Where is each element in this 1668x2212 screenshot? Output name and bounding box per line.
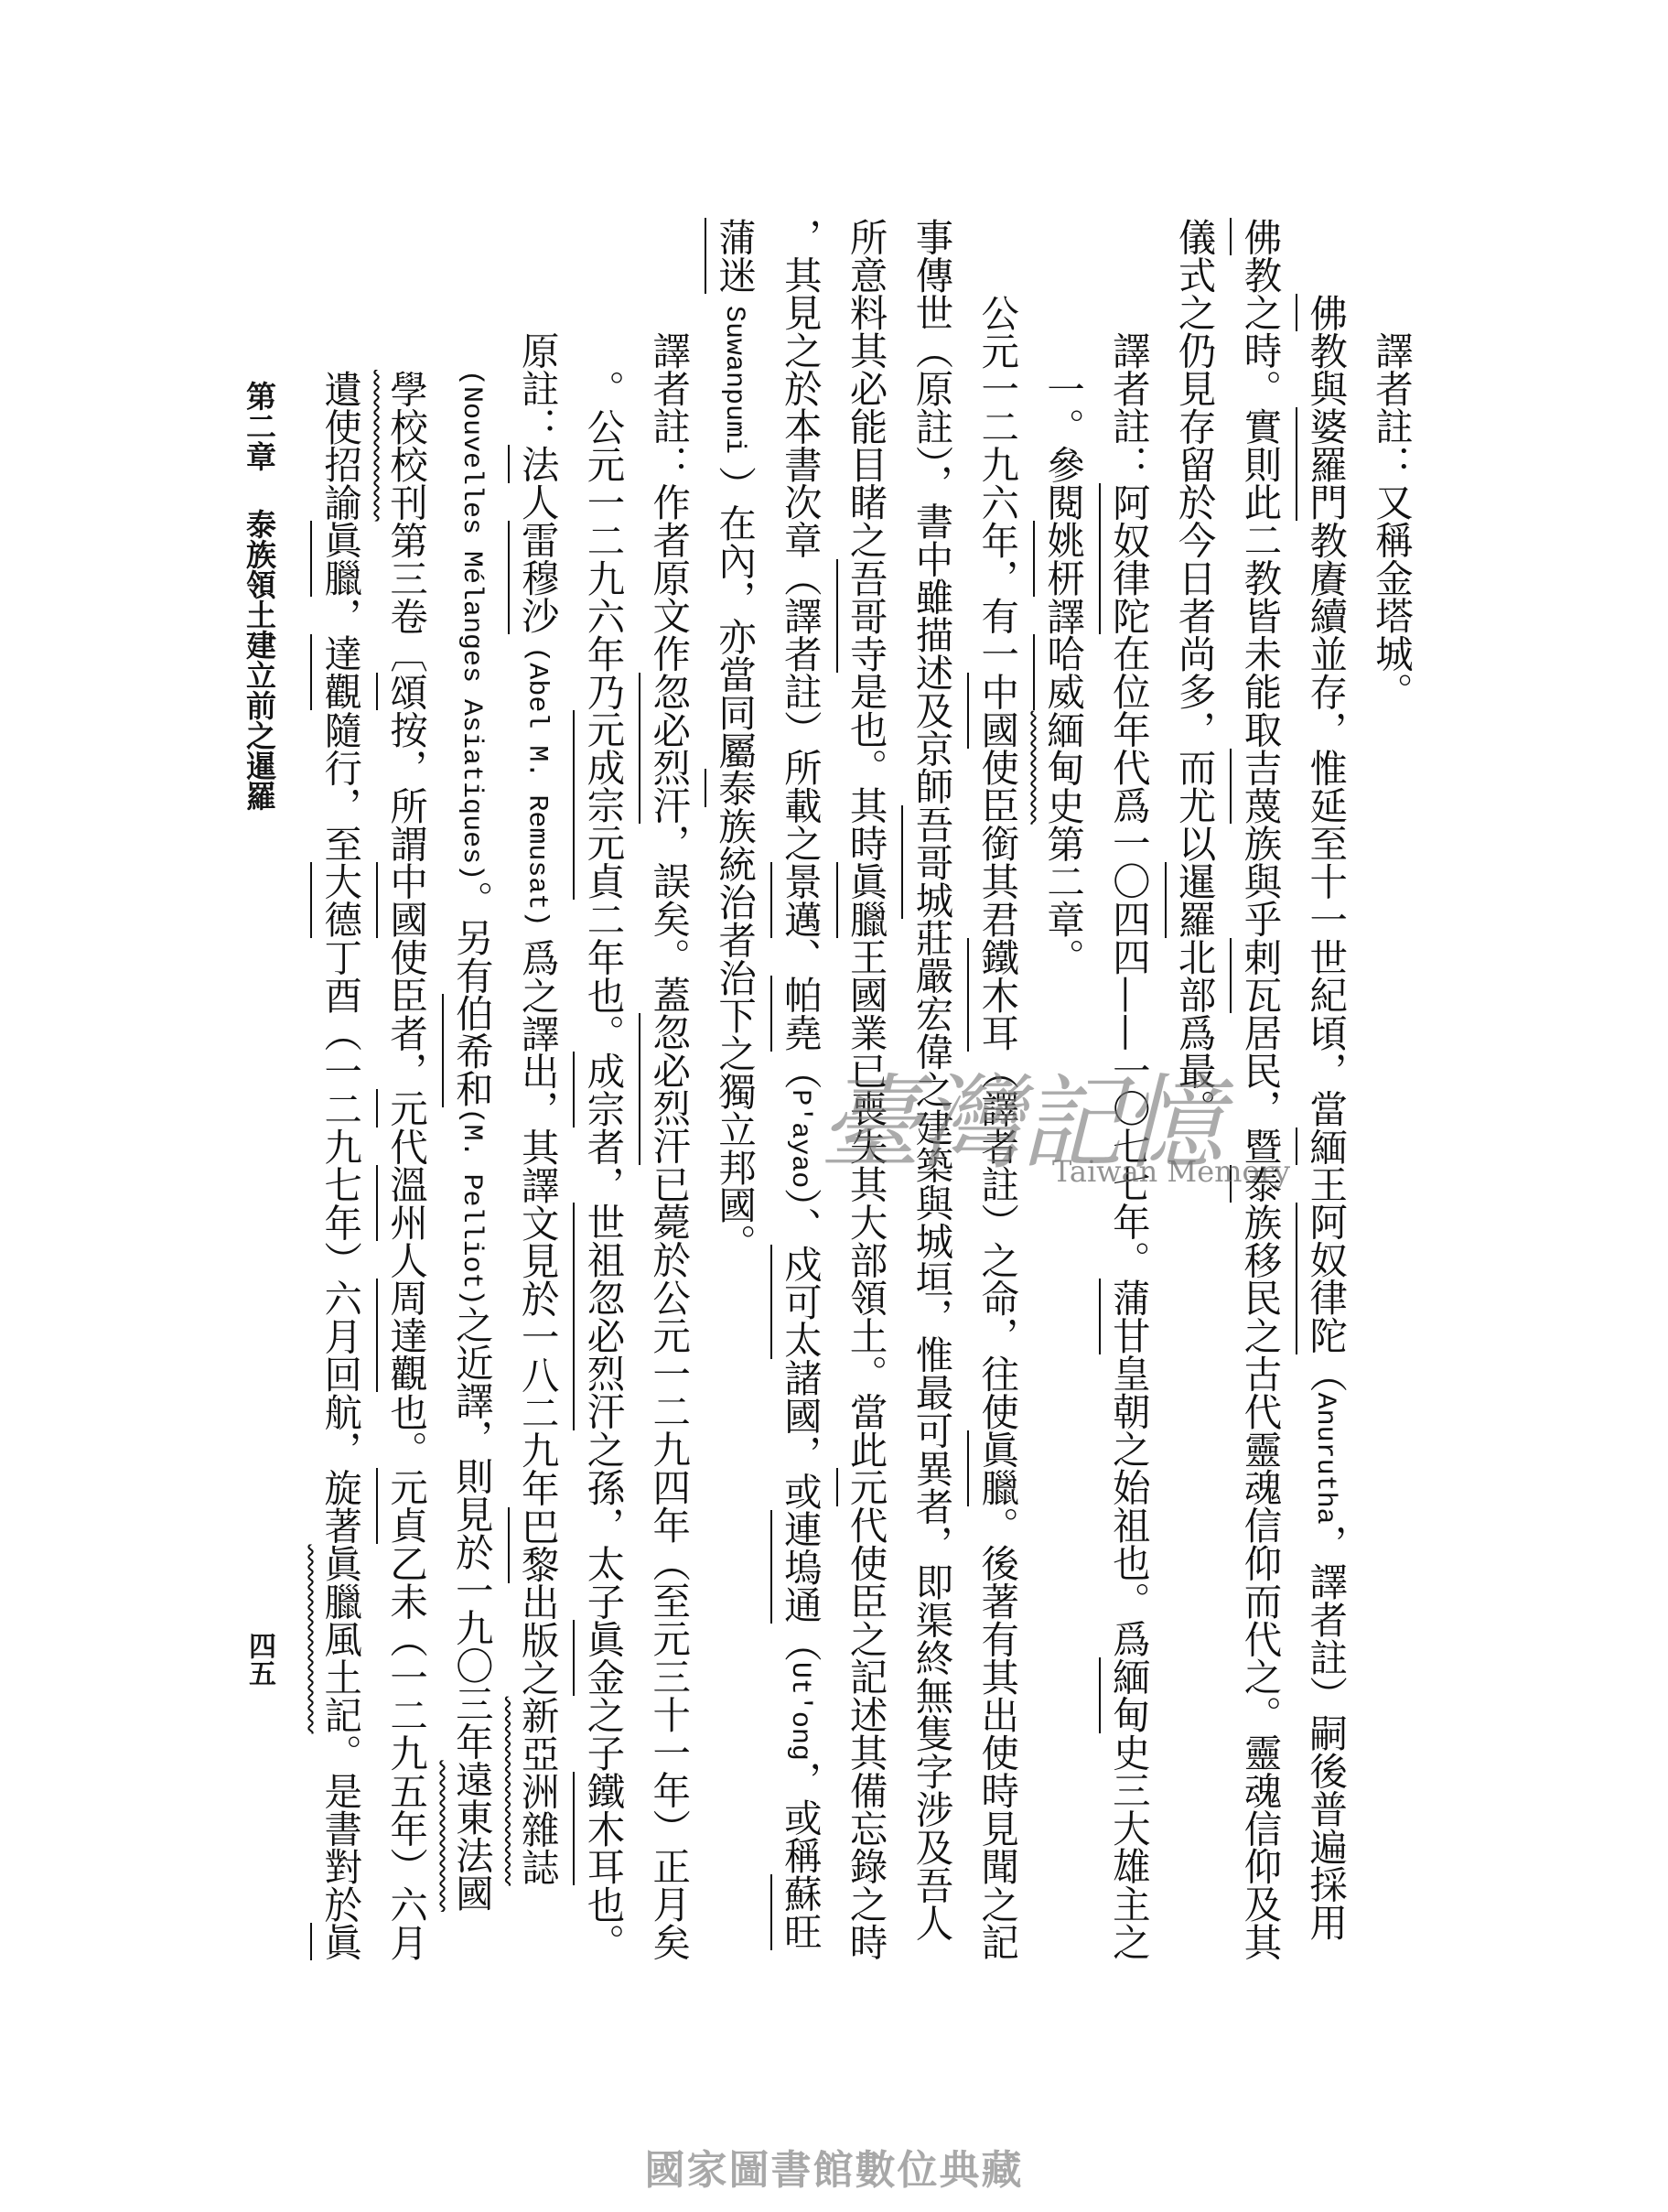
- latin-text: (Nouvelles Mélanges Asiatiques): [456, 370, 487, 880]
- book-title-mark: 遠東法國: [449, 1760, 493, 1912]
- proper-name-mark: 眞: [310, 1923, 361, 1960]
- proper-name-mark: 吉蔑: [1230, 749, 1281, 825]
- page-number: 四五: [241, 1632, 277, 1687]
- proper-name-mark: 溫州: [376, 1165, 427, 1241]
- proper-name-mark: 泰: [705, 769, 756, 806]
- running-footer-title: 泰族領土建立前之暹羅: [240, 509, 278, 811]
- proper-name-mark: 成宗: [573, 1052, 624, 1128]
- proper-name-mark: 中國: [376, 862, 427, 938]
- proper-name-mark: 蘇旺: [770, 1874, 822, 1950]
- proper-name-mark: 忽必烈汗: [639, 1013, 690, 1165]
- proper-name-mark: 元貞: [573, 824, 624, 900]
- proper-name-mark: 中國: [967, 673, 1018, 749]
- proper-name-mark: 姚枅: [1033, 521, 1084, 597]
- proper-name-mark: 景邁: [770, 862, 822, 938]
- column-15-original-note: (Nouvelles Mélanges Asiatiques)。另有伯希和(M.…: [437, 218, 503, 1970]
- proper-name-mark: 眞臘: [836, 862, 888, 938]
- proper-name-mark: 忽必烈汗: [639, 673, 690, 825]
- proper-name-mark: 吾哥城: [901, 805, 952, 919]
- proper-name-mark: 法: [508, 445, 559, 482]
- proper-name-mark: 巴黎: [508, 1507, 559, 1583]
- proper-name-mark: 帕堯: [770, 976, 822, 1052]
- proper-name-mark: 鐵木耳: [573, 1772, 624, 1885]
- proper-name-mark: 吾哥寺: [836, 559, 888, 673]
- proper-name-mark: 佛: [1296, 294, 1347, 331]
- column-11-paragraph-end: 蒲迷 Suwanpumi ）在內，亦當同屬泰族統治者治下之獨立邦國。: [700, 218, 766, 1970]
- proper-name-mark: 鐵木耳: [967, 938, 1018, 1052]
- proper-name-mark: 元成宗: [573, 710, 624, 824]
- column-16-original-note: 學校校刊第三卷〔頌按，所謂中國使臣者，元代溫州人周達觀也。元貞乙未（一二九五年）…: [371, 218, 437, 1970]
- proper-name-mark: 元貞: [376, 1468, 427, 1544]
- latin-text: Suwanpumi: [718, 306, 749, 454]
- scanned-book-page: 譯者註：又稱金塔城。 佛教與婆羅門教賡續並存，惟延至十一世紀頃，當緬王阿奴律陀（…: [0, 0, 1668, 2212]
- proper-name-mark: 佛: [1230, 218, 1281, 255]
- proper-name-mark: 伯希和: [442, 994, 493, 1107]
- column-17-original-note: 遺使招諭眞臘，達觀隨行，至大德丁酉（一二九七年）六月回航，旋著眞臘風土記。是書對…: [306, 218, 371, 1970]
- proper-name-mark: 忽必烈汗: [573, 1279, 624, 1430]
- proper-name-mark: 戍可太: [770, 1245, 822, 1358]
- book-title-mark: 新亞洲雜誌: [515, 1697, 559, 1886]
- proper-name-mark: 頌: [376, 673, 427, 710]
- proper-name-mark: 阿奴律陀: [1296, 1203, 1347, 1354]
- column-01-translator-note: 譯者註：又稱金塔城。: [1357, 218, 1423, 1970]
- proper-name-mark: 眞金: [573, 1620, 624, 1696]
- proper-name-mark: 眞臘: [310, 521, 361, 597]
- proper-name-mark: 連塢通: [770, 1510, 822, 1624]
- proper-name-mark: 蒲迷: [705, 218, 756, 294]
- proper-name-mark: 剌瓦: [1230, 938, 1281, 1014]
- proper-name-mark: 緬: [1296, 1128, 1347, 1165]
- watermark-logo-latin: Taiwan Memory: [1052, 1155, 1290, 1188]
- proper-name-mark: 雷穆沙: [508, 521, 559, 634]
- proper-name-mark: 達觀: [310, 634, 361, 710]
- proper-name-mark: 大德: [310, 862, 361, 938]
- latin-text: Ut'ong: [784, 1662, 815, 1761]
- book-title-mark: 眞臘風土記: [317, 1544, 361, 1733]
- proper-name-mark: 暹羅: [1165, 862, 1216, 938]
- proper-name-mark: 元: [836, 1468, 888, 1505]
- latin-text: (Abel M. Remusat): [522, 647, 553, 927]
- book-title-mark: 緬甸史: [1040, 710, 1084, 824]
- column-02-paragraph-start: 佛教與婆羅門教賡續並存，惟延至十一世紀頃，當緬王阿奴律陀（Anurutha，譯者…: [1291, 218, 1357, 1970]
- collection-label: 國家圖書館數位典藏: [0, 2147, 1668, 2195]
- proper-name-mark: 婆羅門: [1296, 407, 1347, 521]
- column-03-paragraph: 佛教之時。實則此二教皆未能取吉蔑族與乎剌瓦居民，暨泰族移民之古代靈魂信仰而代之。…: [1226, 218, 1292, 1970]
- proper-name-mark: 哈威: [1033, 634, 1084, 710]
- proper-name-mark: 元: [376, 1089, 427, 1127]
- column-12-translator-note: 譯者註：作者原文作忽必烈汗，誤矣。蓋忽必烈汗已薨於公元一二九四年（至元三十一年）…: [634, 218, 700, 1970]
- proper-name-mark: 周達觀: [376, 1279, 427, 1392]
- latin-text: Anurutha: [1309, 1392, 1340, 1524]
- running-footer-chapter: 第二章: [240, 381, 278, 471]
- latin-text: P'ayao: [784, 1089, 815, 1188]
- proper-name-mark: 緬甸: [1099, 1657, 1150, 1733]
- proper-name-mark: 眞臘: [967, 1430, 1018, 1506]
- latin-text: (M. Pelliot): [456, 1107, 487, 1305]
- proper-name-mark: 世祖: [573, 1203, 624, 1279]
- column-13-translator-note: 。公元一二九六年乃元成宗元貞二年也。成宗者，世祖忽必烈汗之孫，太子眞金之子鐵木耳…: [569, 218, 635, 1970]
- book-title-mark: 學校校刊: [383, 370, 427, 522]
- proper-name-mark: 阿奴律陀: [1099, 483, 1150, 635]
- proper-name-mark: 蒲甘: [1099, 1279, 1150, 1354]
- column-14-original-note: 原註：法人雷穆沙 (Abel M. Remusat) 爲之譯出，其譯文見於一八二…: [503, 218, 569, 1970]
